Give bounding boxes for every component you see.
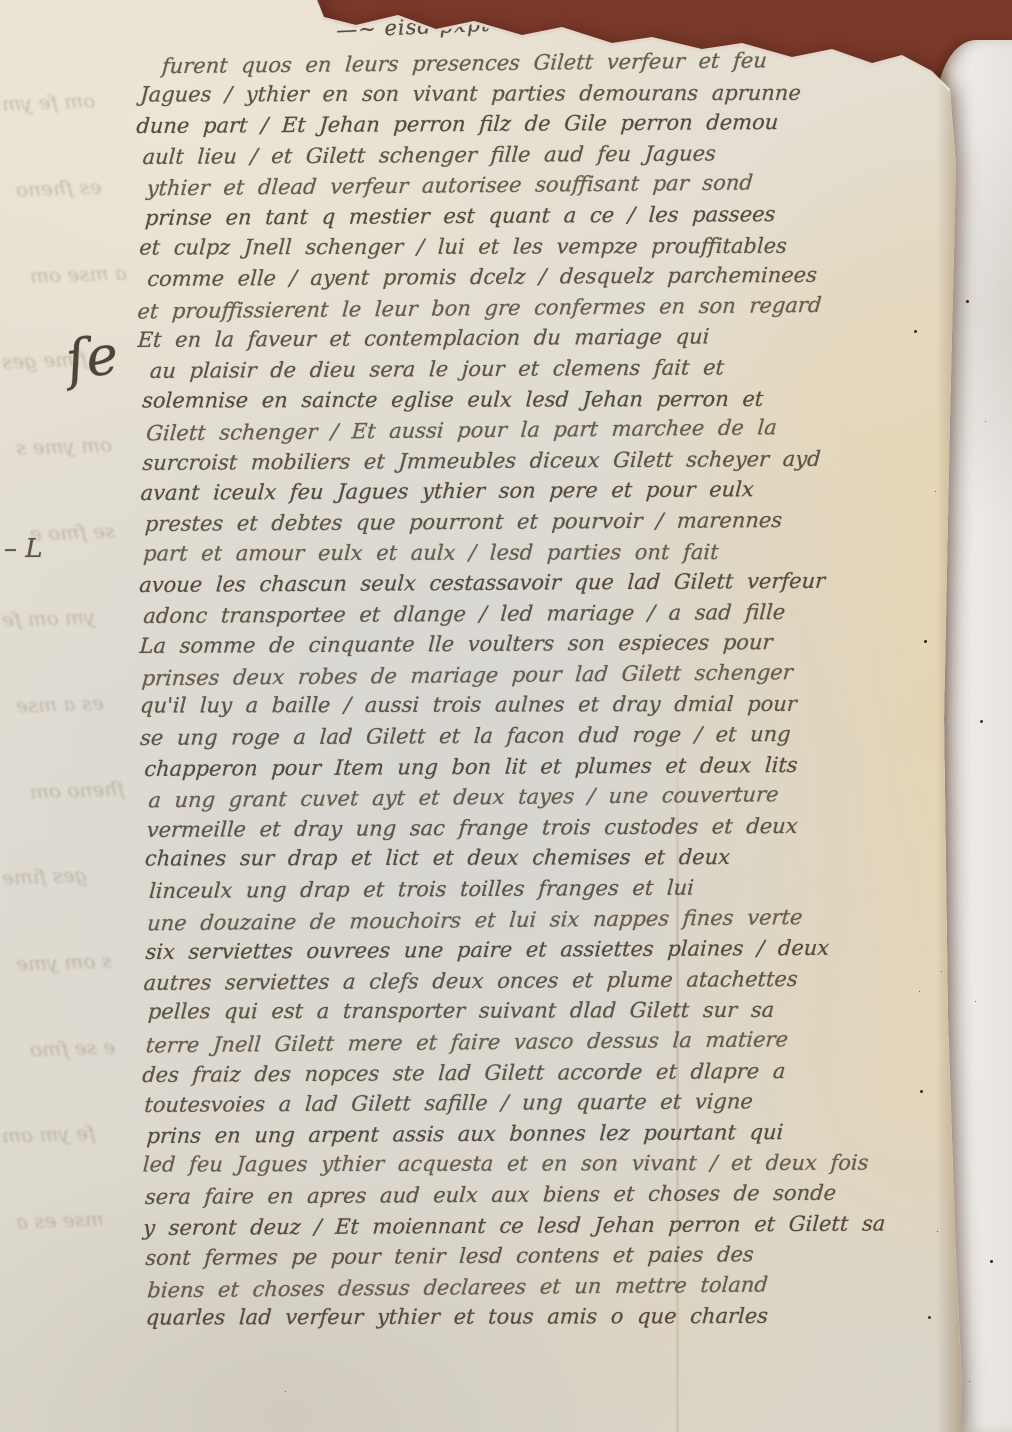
- bleed-through-text: mse es a: [16, 1206, 105, 1233]
- bleed-through-text: a mse om: [30, 260, 127, 287]
- bleed-through-text: om yme s: [16, 432, 113, 459]
- manuscript-line: et culpz Jnell schenger / lui et les vem…: [137, 230, 962, 263]
- manuscript-line: qu'il luy a baille / aussi trois aulnes …: [139, 689, 962, 722]
- bleed-through-text: e se fmo: [30, 1035, 116, 1062]
- manuscript-line: quarles lad verfeur ythier et tous amis …: [143, 1301, 962, 1334]
- manuscript-line: six serviettes ouvrees une paire et assi…: [141, 932, 962, 968]
- manuscript-line: prinse en tant q mestier est quant a ce …: [136, 198, 962, 234]
- bleed-through-text: om fe ym: [2, 88, 96, 115]
- bleed-through-text: ym om fe: [2, 604, 96, 631]
- bleed-through-text: es fheno: [16, 175, 102, 202]
- manuscript-line: prestes et debtes que pourront et pourvo…: [138, 504, 962, 540]
- manuscript-line: prins en ung arpent assis aux bonnes lez…: [142, 1116, 962, 1152]
- manuscript-line: se ung roge a lad Gilett et la facon dud…: [139, 718, 962, 754]
- manuscript-line: Jagues / ythier en son vivant parties de…: [136, 77, 962, 110]
- manuscript-line: autres serviettes a clefs deux onces et …: [141, 963, 962, 999]
- bleed-through-text: s om yme: [16, 948, 113, 975]
- manuscript-text: furent quos en leurs presences Gilett ve…: [136, 45, 962, 1335]
- manuscript-line: pelles qui est a transporter suivant dla…: [141, 995, 962, 1028]
- manuscript-line: Et en la faveur et contemplacion du mari…: [137, 320, 962, 356]
- bleed-through-text: fe ym om: [2, 1120, 96, 1147]
- manuscript-line: dune part / Et Jehan perron filz de Gile…: [135, 106, 962, 142]
- manuscript-line: part et amour eulx et aulx / lesd partie…: [138, 536, 962, 569]
- manuscript-line: led feu Jagues ythier acquesta et en son…: [142, 1148, 962, 1181]
- manuscript-line: au plaisir de dieu sera le jour et cleme…: [137, 351, 962, 387]
- manuscript-photo: om fe ymes fhenoa mse omfime gesom yme s…: [0, 0, 1012, 1432]
- manuscript-line: chaines sur drap et lict et deux chemise…: [140, 842, 962, 875]
- manuscript-line: vermeille et dray ung sac frange trois c…: [140, 810, 962, 846]
- manuscript-line: avant iceulx feu Jagues ythier son pere …: [138, 473, 962, 509]
- manuscript-page: om fe ymes fhenoa mse omfime gesom yme s…: [0, 0, 962, 1432]
- bleed-through-text: es a mse: [16, 690, 105, 717]
- bleed-through-text: fheno om: [30, 776, 125, 803]
- margin-paraph: ſe: [62, 323, 122, 393]
- manuscript-line: avoue les chascun seulx cestassavoir que…: [138, 565, 962, 601]
- manuscript-line: sera faire en apres aud eulx aux biens e…: [142, 1177, 962, 1213]
- margin-tick: – L: [4, 534, 43, 564]
- manuscript-line: toutesvoies a lad Gilett safille / ung q…: [141, 1085, 962, 1121]
- bleed-through-text: ges fime: [2, 863, 88, 890]
